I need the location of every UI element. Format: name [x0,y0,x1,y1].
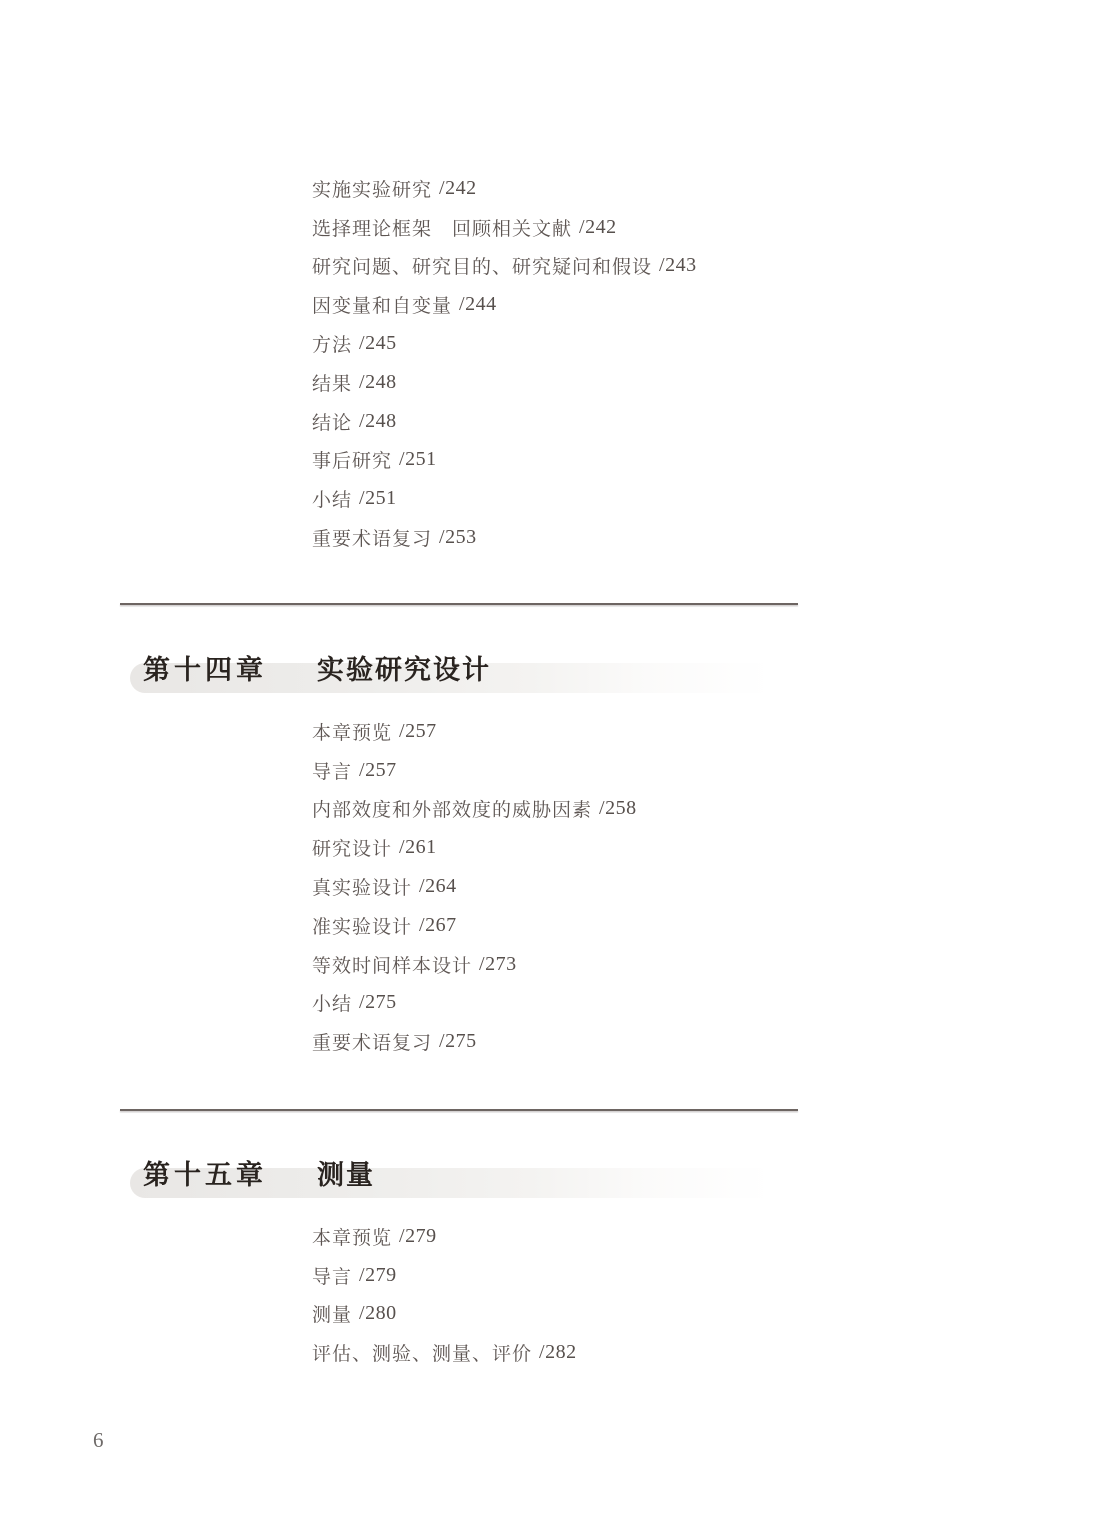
toc-entry: 导言 /257 [312,751,637,790]
toc-entry-label: 测量 [312,1300,352,1327]
toc-entry-label: 准实验设计 [312,912,412,939]
toc-entry: 小结 /275 [312,984,637,1023]
toc-entry: 结论 /248 [312,402,697,441]
toc-entry-label: 小结 [312,485,352,512]
toc-entry-page: /261 [399,836,437,859]
toc-entry-label: 结果 [312,369,352,396]
toc-entry-label: 因变量和自变量 [312,291,452,318]
toc-entry: 导言 /279 [312,1256,577,1295]
page-number: 6 [93,1428,104,1453]
toc-entry-page: /273 [479,953,517,976]
toc-entry-label: 重要术语复习 [312,1028,432,1055]
toc-entry-page: /251 [359,487,397,510]
section-divider [120,603,798,605]
toc-entry-label: 方法 [312,330,352,357]
toc-entry-label: 重要术语复习 [312,524,432,551]
toc-page: 实施实验研究 /242 选择理论框架 回顾相关文献 /242 研究问题、研究目的… [0,0,1100,1532]
toc-entry: 研究问题、研究目的、研究疑问和假设 /243 [312,247,697,286]
toc-entry-page: /251 [399,448,437,471]
toc-entry-page: /279 [399,1225,437,1248]
chapter-title: 测量 [317,1153,375,1192]
toc-entry: 准实验设计 /267 [312,906,637,945]
toc-entry-label: 研究设计 [312,834,392,861]
section-divider [120,1109,798,1111]
toc-entry: 本章预览 /257 [312,712,637,751]
chapter-15-heading: 第十五章 测量 [143,1153,375,1192]
toc-entry-page: /275 [439,1030,477,1053]
toc-entry-page: /248 [359,410,397,433]
toc-entry: 选择理论框架 回顾相关文献 /242 [312,208,697,247]
toc-entry: 重要术语复习 /253 [312,518,697,557]
toc-entry-page: /242 [439,177,477,200]
toc-entry-label: 真实验设计 [312,873,412,900]
toc-entry-page: /257 [399,720,437,743]
toc-entry-label: 内部效度和外部效度的威胁因素 [312,795,592,822]
toc-entry-page: /279 [359,1264,397,1287]
toc-entry: 事后研究 /251 [312,441,697,480]
toc-entry-page: /275 [359,991,397,1014]
toc-entry-page: /264 [419,875,457,898]
toc-entry-label: 等效时间样本设计 [312,951,472,978]
toc-entry: 重要术语复习 /275 [312,1022,637,1061]
toc-entry-label: 小结 [312,989,352,1016]
toc-entry: 内部效度和外部效度的威胁因素 /258 [312,790,637,829]
toc-entry-page: /282 [539,1341,577,1364]
chapter-label: 第十五章 [143,1153,267,1192]
toc-entry: 本章预览 /279 [312,1217,577,1256]
toc-entry: 真实验设计 /264 [312,867,637,906]
toc-entry: 因变量和自变量 /244 [312,285,697,324]
toc-entry: 小结 /251 [312,479,697,518]
toc-list-chapter-15: 本章预览 /279 导言 /279 测量 /280 评估、测验、测量、评价 /2… [312,1217,577,1372]
toc-list-chapter-14: 本章预览 /257 导言 /257 内部效度和外部效度的威胁因素 /258 研究… [312,712,637,1061]
toc-entry: 结果 /248 [312,363,697,402]
toc-entry-label: 实施实验研究 [312,175,432,202]
toc-entry-label: 本章预览 [312,1223,392,1250]
toc-entry-label: 评估、测验、测量、评价 [312,1339,532,1366]
toc-list-continued: 实施实验研究 /242 选择理论框架 回顾相关文献 /242 研究问题、研究目的… [312,169,697,557]
chapter-title: 实验研究设计 [317,648,491,687]
toc-entry-page: /244 [459,293,497,316]
toc-entry-page: /242 [579,216,617,239]
chapter-label: 第十四章 [143,648,267,687]
toc-entry-page: /280 [359,1302,397,1325]
toc-entry-page: /243 [659,254,697,277]
toc-entry-label: 导言 [312,1262,352,1289]
toc-entry: 等效时间样本设计 /273 [312,945,637,984]
toc-entry-page: /267 [419,914,457,937]
chapter-14-heading: 第十四章 实验研究设计 [143,648,491,687]
toc-entry-label: 选择理论框架 回顾相关文献 [312,214,572,241]
toc-entry-page: /248 [359,371,397,394]
toc-entry: 研究设计 /261 [312,828,637,867]
toc-entry-label: 研究问题、研究目的、研究疑问和假设 [312,252,652,279]
toc-entry-page: /245 [359,332,397,355]
toc-entry: 评估、测验、测量、评价 /282 [312,1333,577,1372]
toc-entry-page: /258 [599,797,637,820]
toc-entry: 实施实验研究 /242 [312,169,697,208]
toc-entry-page: /257 [359,759,397,782]
toc-entry-label: 结论 [312,408,352,435]
toc-entry: 测量 /280 [312,1295,577,1334]
toc-entry-label: 导言 [312,757,352,784]
toc-entry-label: 本章预览 [312,718,392,745]
toc-entry: 方法 /245 [312,324,697,363]
toc-entry-page: /253 [439,526,477,549]
toc-entry-label: 事后研究 [312,446,392,473]
